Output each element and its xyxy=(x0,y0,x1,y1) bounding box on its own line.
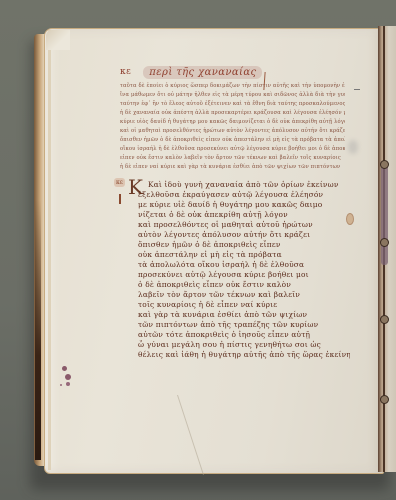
main-text-line: νίζεται ὁ δὲ οὐκ ἀπεκρίθη αὐτῇ λόγον xyxy=(138,210,350,220)
ink-stain xyxy=(66,382,70,386)
main-text-line: λαβεῖν τὸν ἄρτον τῶν τέκνων καὶ βαλεῖν xyxy=(138,290,350,300)
chapter-number: κε xyxy=(120,67,131,77)
main-text-line: ὦ γύναι μεγάλη σου ἡ πίστις γενηθήτω σοι… xyxy=(138,340,350,350)
page-inner-edge xyxy=(48,30,51,470)
binding-stitch-icon xyxy=(380,315,389,324)
binding-stitch-icon xyxy=(380,238,389,247)
main-text-line: καὶ προσελθόντες οἱ μαθηταὶ αὐτοῦ ἠρώτων xyxy=(138,220,350,230)
commentary-line: ὄπισθεν ἡμῶν ὁ δὲ ἀποκριθεὶς εἶπεν οὐκ ἀ… xyxy=(120,136,345,145)
binding-stitch-icon xyxy=(380,160,389,169)
main-text-block: Καὶ ἰδοὺ γυνὴ χαναναία ἀπὸ τῶν ὁρίων ἐκε… xyxy=(138,180,350,360)
ink-stain xyxy=(62,366,67,371)
commentary-line: καὶ οἱ μαθηταὶ προσελθόντες ἠρώτων αὐτὸν… xyxy=(120,127,345,136)
commentary-line: ἵνα μάθωμεν ὅτι οὐ μάτην ἦλθεν εἰς τὰ μέ… xyxy=(120,91,345,100)
main-text-line: προσεκύνει αὐτῷ λέγουσα κύριε βοήθει μοι xyxy=(138,270,350,280)
main-text-line: ὁ δὲ ἀποκριθεὶς εἶπεν οὐκ ἔστιν καλὸν xyxy=(138,280,350,290)
main-text-line: τὰ ἀπολωλότα οἴκου ἰσραήλ ἡ δὲ ἐλθοῦσα xyxy=(138,260,350,270)
chapter-heading: κε περὶ τῆς χαναναίας xyxy=(120,64,262,80)
commentary-line: κύριε υἱὸς δαυίδ ἡ θυγάτηρ μου κακῶς δαι… xyxy=(120,118,345,127)
margin-chapter-note: κε xyxy=(114,178,125,187)
main-text-line: αὐτῶν τότε ἀποκριθεὶς ὁ ἰησοῦς εἶπεν αὐτ… xyxy=(138,330,350,340)
page-edge-damage xyxy=(35,200,41,460)
smudge xyxy=(348,140,358,154)
main-text-line: θέλεις καὶ ἰάθη ἡ θυγάτηρ αὐτῆς ἀπὸ τῆς … xyxy=(138,350,350,360)
commentary-line: ταύτην ἐφ᾽ ἣν τὸ ἔλεος αὐτοῦ ἐξέτεινεν κ… xyxy=(120,100,345,109)
commentary-line: ἡ δὲ χαναναία οὐκ ἀπέστη ἀλλὰ προσεκαρτέ… xyxy=(120,109,345,118)
main-text-line: ὄπισθεν ἡμῶν ὁ δὲ ἀποκριθεὶς εἶπεν xyxy=(138,240,350,250)
main-text-line: τῶν πιπτόντων ἀπὸ τῆς τραπέζης τῶν κυρίω… xyxy=(138,320,350,330)
commentary-line: εἶπεν οὐκ ἔστιν καλὸν λαβεῖν τὸν ἄρτον τ… xyxy=(120,154,345,163)
main-text-line: οὐκ ἀπεστάλην εἰ μὴ εἰς τὰ πρόβατα xyxy=(138,250,350,260)
commentary-line: οἴκου ἰσραήλ ἡ δὲ ἐλθοῦσα προσεκύνει αὐτ… xyxy=(120,145,345,154)
binding-stitch-icon xyxy=(380,395,389,404)
commentary-line: ταῦτα δὲ ἐποίει ὁ κύριος ὥσπερ δοκιμάζων… xyxy=(120,82,345,91)
margin-dash xyxy=(354,89,360,90)
main-text-line: ἐξελθοῦσα ἐκραύγασεν αὐτῷ λέγουσα ἐλέησό… xyxy=(138,190,350,200)
main-text-line: Καὶ ἰδοὺ γυνὴ χαναναία ἀπὸ τῶν ὁρίων ἐκε… xyxy=(138,180,350,190)
ink-stain xyxy=(65,374,71,380)
main-text-line: με κύριε υἱὲ δαυίδ ἡ θυγάτηρ μου κακῶς δ… xyxy=(138,200,350,210)
page-corner-fold xyxy=(46,30,70,50)
main-text-line: αὐτὸν λέγοντες ἀπόλυσον αὐτήν ὅτι κράζει xyxy=(138,230,350,240)
commentary-block: ταῦτα δὲ ἐποίει ὁ κύριος ὥσπερ δοκιμάζων… xyxy=(120,82,345,172)
purple-stain-mark xyxy=(381,165,388,265)
chapter-title: περὶ τῆς χαναναίας xyxy=(143,66,262,79)
margin-note-stroke xyxy=(119,194,121,204)
ink-stain xyxy=(60,384,62,386)
main-text-line: καὶ γὰρ τὰ κυνάρια ἐσθίει ἀπὸ τῶν ψιχίων xyxy=(138,310,350,320)
commentary-line: ἡ δὲ εἶπεν ναί κύριε καὶ γὰρ τὰ κυνάρια … xyxy=(120,163,345,172)
main-text-line: τοῖς κυναρίοις ἡ δὲ εἶπεν ναί κύριε xyxy=(138,300,350,310)
